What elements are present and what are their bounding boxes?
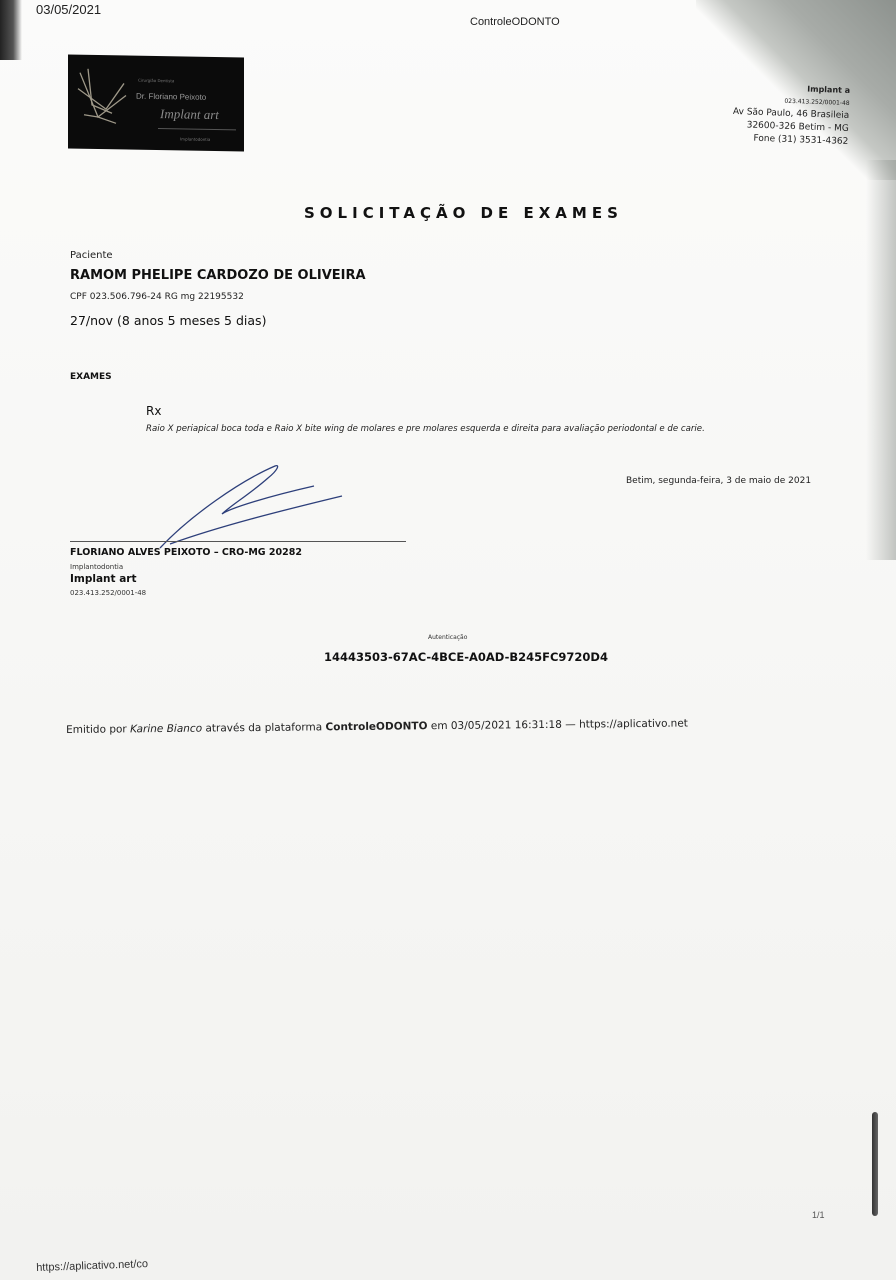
emission-datetime: em 03/05/2021 16:31:18	[431, 719, 562, 732]
patient-name: RAMOM PHELIPE CARDOZO DE OLIVEIRA	[70, 268, 366, 283]
signer-name-cro: FLORIANO ALVES PEIXOTO – CRO-MG 20282	[70, 547, 302, 558]
scan-edge-shadow-right	[866, 160, 896, 560]
document-page: 03/05/2021 ControleODONTO Cirurgião Dent…	[0, 0, 896, 1280]
logo-small-text: Cirurgião Dentista	[138, 78, 174, 84]
branch-logo-icon	[76, 65, 136, 136]
company-info: Implant a 023.413.252/0001-48 Av São Pau…	[731, 80, 850, 149]
logo-brand: Implant art	[160, 106, 219, 123]
document-title: SOLICITAÇÃO DE EXAMES	[304, 204, 623, 222]
emission-line: Emitido por Karine Bianco através da pla…	[66, 717, 688, 736]
page-number: 1/1	[812, 1210, 825, 1220]
emission-platform: ControleODONTO	[325, 720, 427, 733]
clinic-logo: Cirurgião Dentista Dr. Floriano Peixoto …	[68, 54, 244, 151]
footer-url[interactable]: https://aplicativo.net/co	[36, 1258, 148, 1274]
patient-ids: CPF 023.506.796-24 RG mg 22195532	[70, 292, 244, 302]
logo-divider	[158, 128, 236, 130]
print-date: 03/05/2021	[36, 2, 101, 17]
signer-clinic-cnpj: 023.413.252/0001-48	[70, 589, 146, 597]
emission-prefix: Emitido por	[66, 723, 127, 736]
patient-birth-age: 27/nov (8 anos 5 meses 5 dias)	[70, 313, 266, 328]
signer-clinic: Implant art	[70, 573, 136, 585]
logo-doctor-name: Dr. Floriano Peixoto	[136, 92, 206, 102]
patient-label: Paciente	[70, 250, 113, 261]
exams-label: EXAMES	[70, 372, 112, 382]
emission-author: Karine Bianco	[130, 723, 202, 736]
scan-edge-shadow	[0, 0, 22, 60]
logo-tagline: Implantodontia	[180, 136, 210, 142]
signature-line	[70, 541, 406, 542]
authentication-label: Autenticação	[428, 634, 467, 641]
place-date: Betim, segunda-feira, 3 de maio de 2021	[626, 476, 811, 486]
binder-clip-mark	[872, 1112, 878, 1216]
print-app-name: ControleODONTO	[470, 16, 560, 28]
emission-suffix: — https://aplicativo.net	[565, 717, 688, 730]
emission-middle: através da plataforma	[205, 721, 322, 734]
exam-code: Rx	[146, 404, 161, 418]
authentication-code: 14443503-67AC-4BCE-A0AD-B245FC9720D4	[324, 650, 608, 664]
exam-description: Raio X periapical boca toda e Raio X bit…	[146, 424, 705, 434]
signer-specialty: Implantodontia	[70, 563, 123, 571]
